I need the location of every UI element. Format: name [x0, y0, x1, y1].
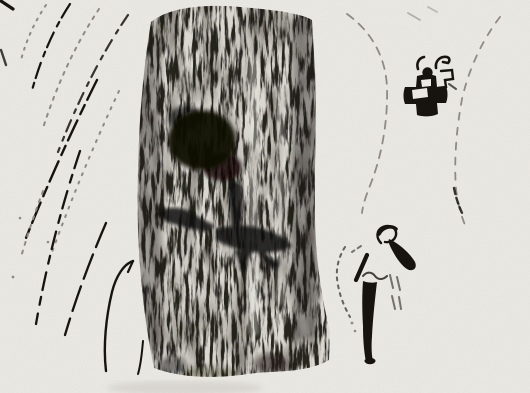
- trunk-right-dark-column: [292, 20, 318, 340]
- dot-mark: [422, 67, 432, 77]
- tree-trunk-figure: [125, 0, 340, 393]
- trunk-light-channel: [248, 55, 259, 335]
- scanned-drawing: Photocopied monochrome ink-and-charcoal …: [0, 0, 530, 393]
- trunk-light-channel-2: [276, 95, 285, 305]
- cross-white-notch-2: [421, 79, 431, 87]
- drawing-canvas: [0, 0, 530, 393]
- bird-foot: [365, 358, 376, 364]
